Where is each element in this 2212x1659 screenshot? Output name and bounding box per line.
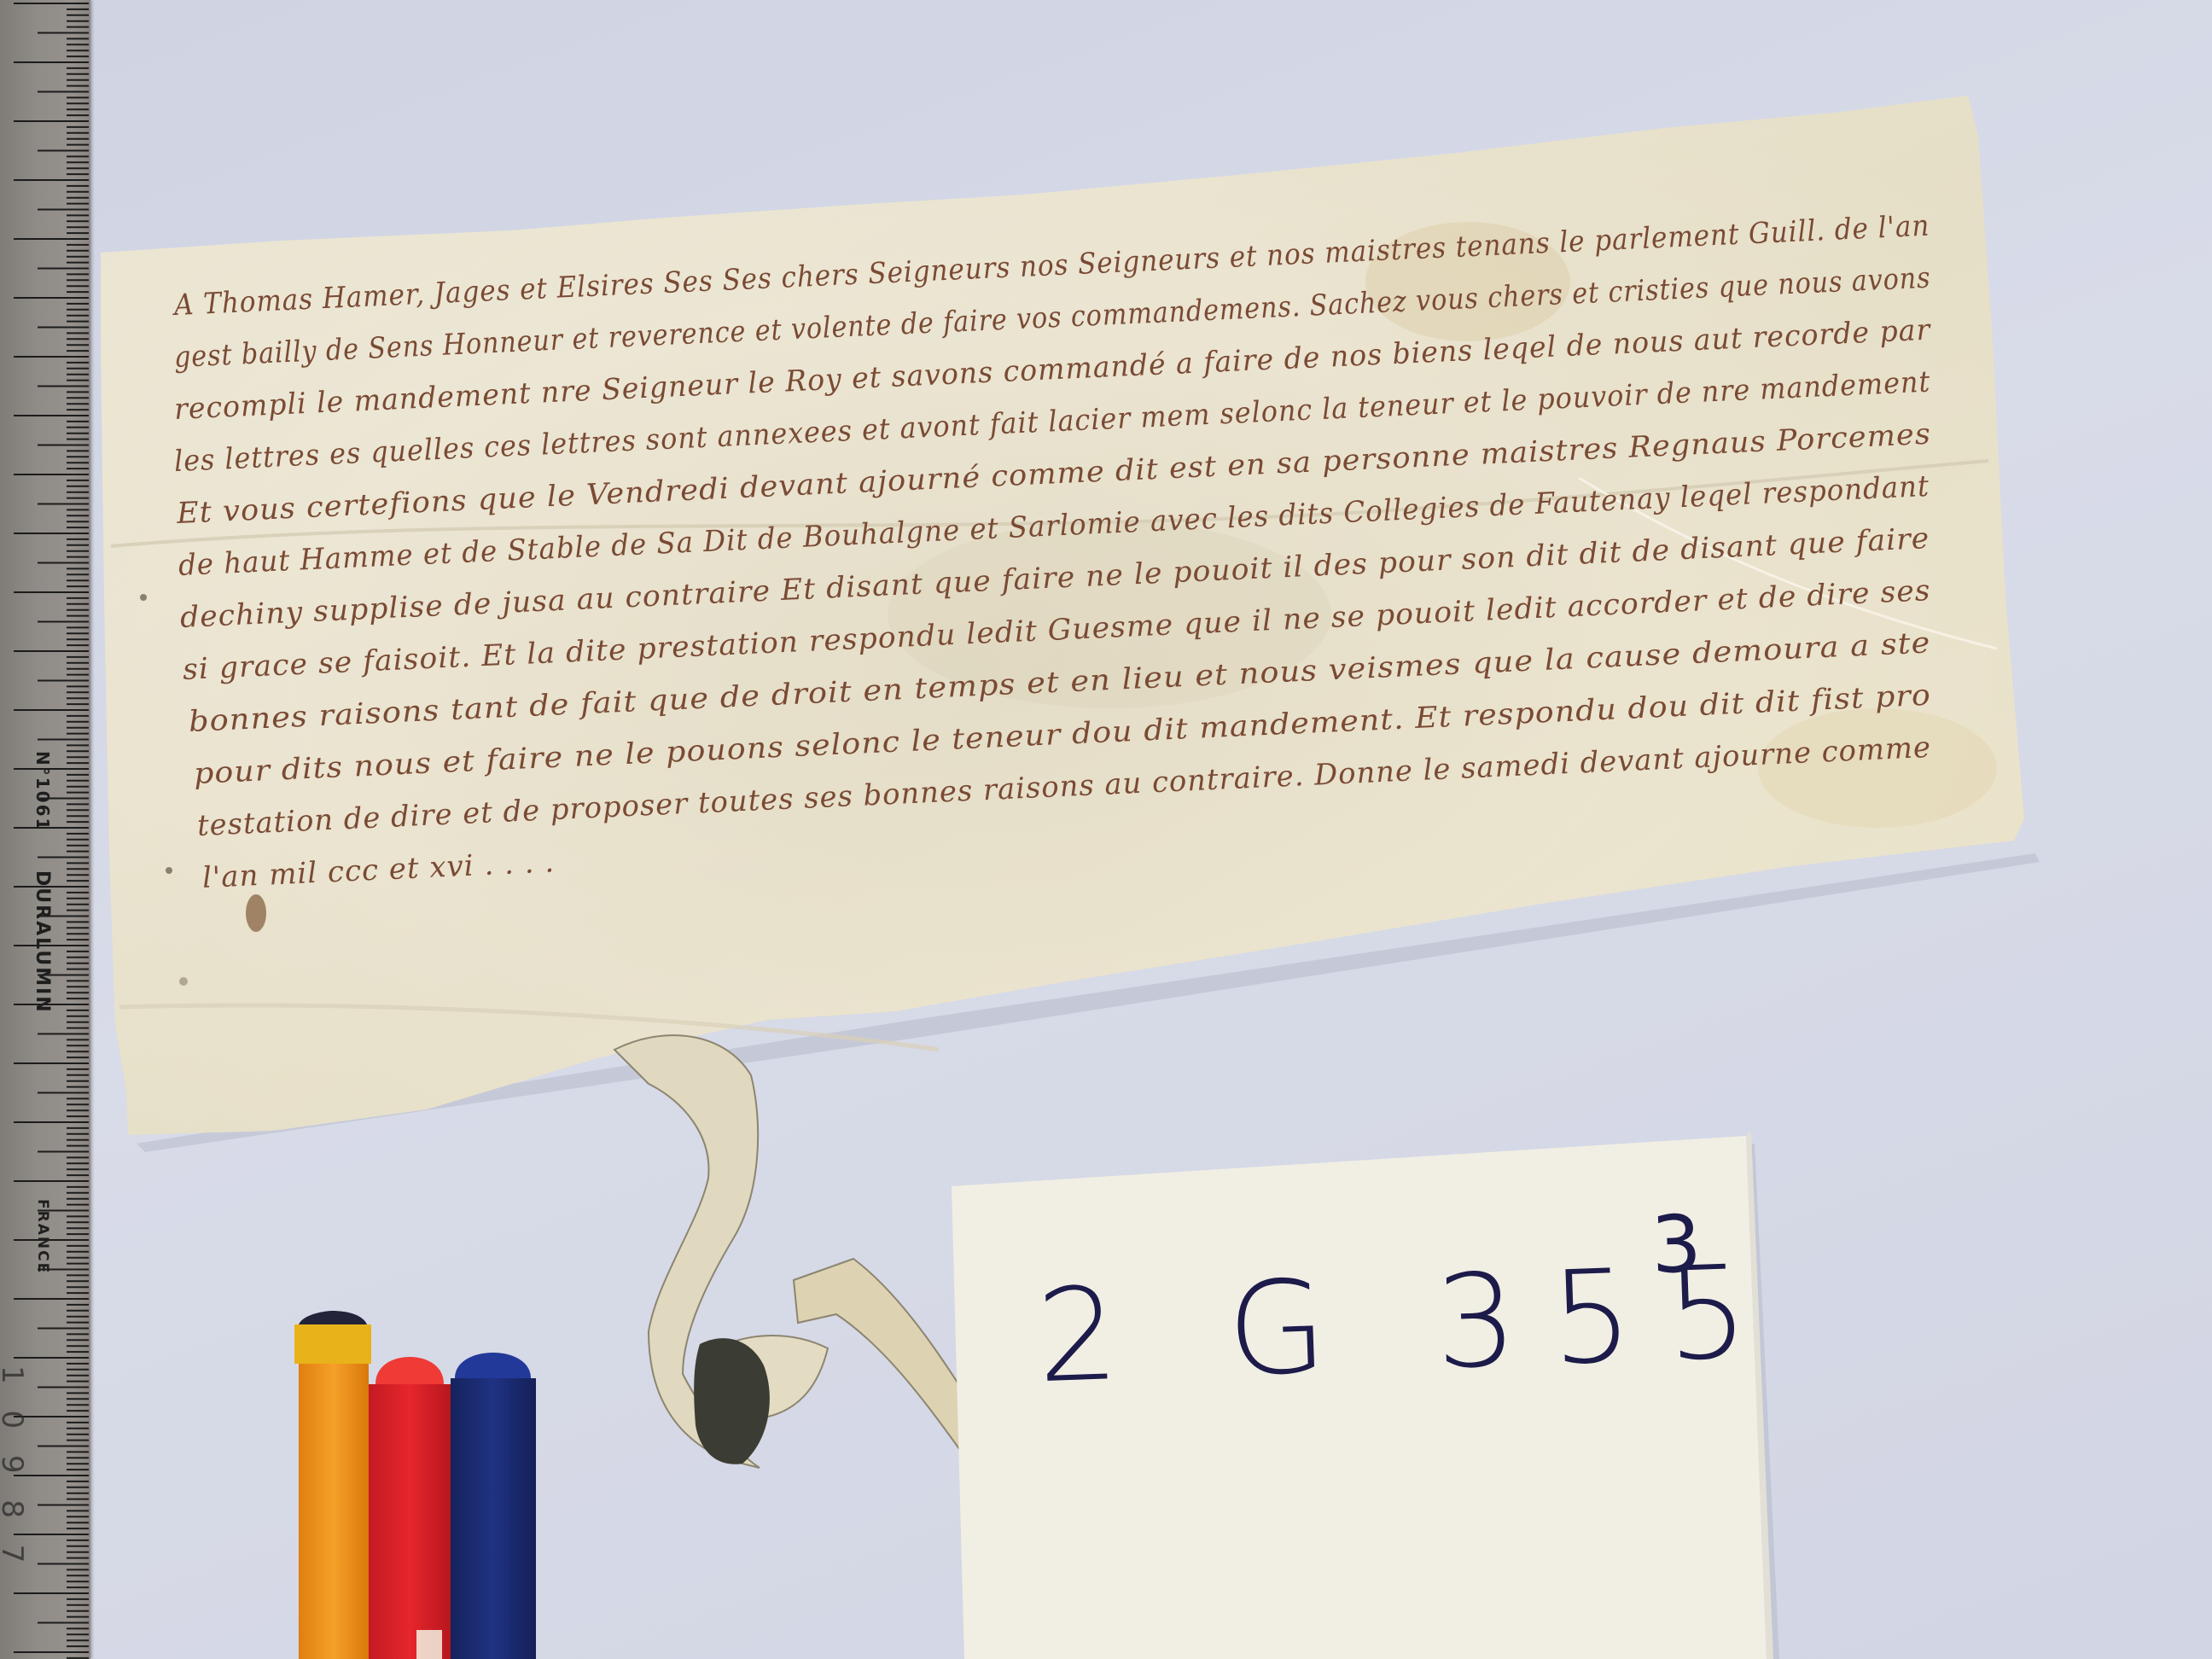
measurement-ruler: N°1061 DURALUMIN FRANCE 1 0 9 8 7 (0, 0, 90, 1659)
red-marker (369, 1357, 451, 1659)
ruler-edge-digits: 1 0 9 8 7 (0, 1365, 29, 1571)
ruler-country-text: FRANCE (34, 1199, 51, 1274)
call-number-superscript: 3 (1650, 1198, 1703, 1291)
ruler-model-text: N°1061 (32, 751, 53, 831)
wax-seal (694, 1338, 770, 1464)
seal-tag (614, 1035, 990, 1468)
orange-pencil (294, 1311, 371, 1659)
blue-marker (451, 1353, 536, 1659)
ruler-brand-text: DURALUMIN (32, 870, 53, 1014)
